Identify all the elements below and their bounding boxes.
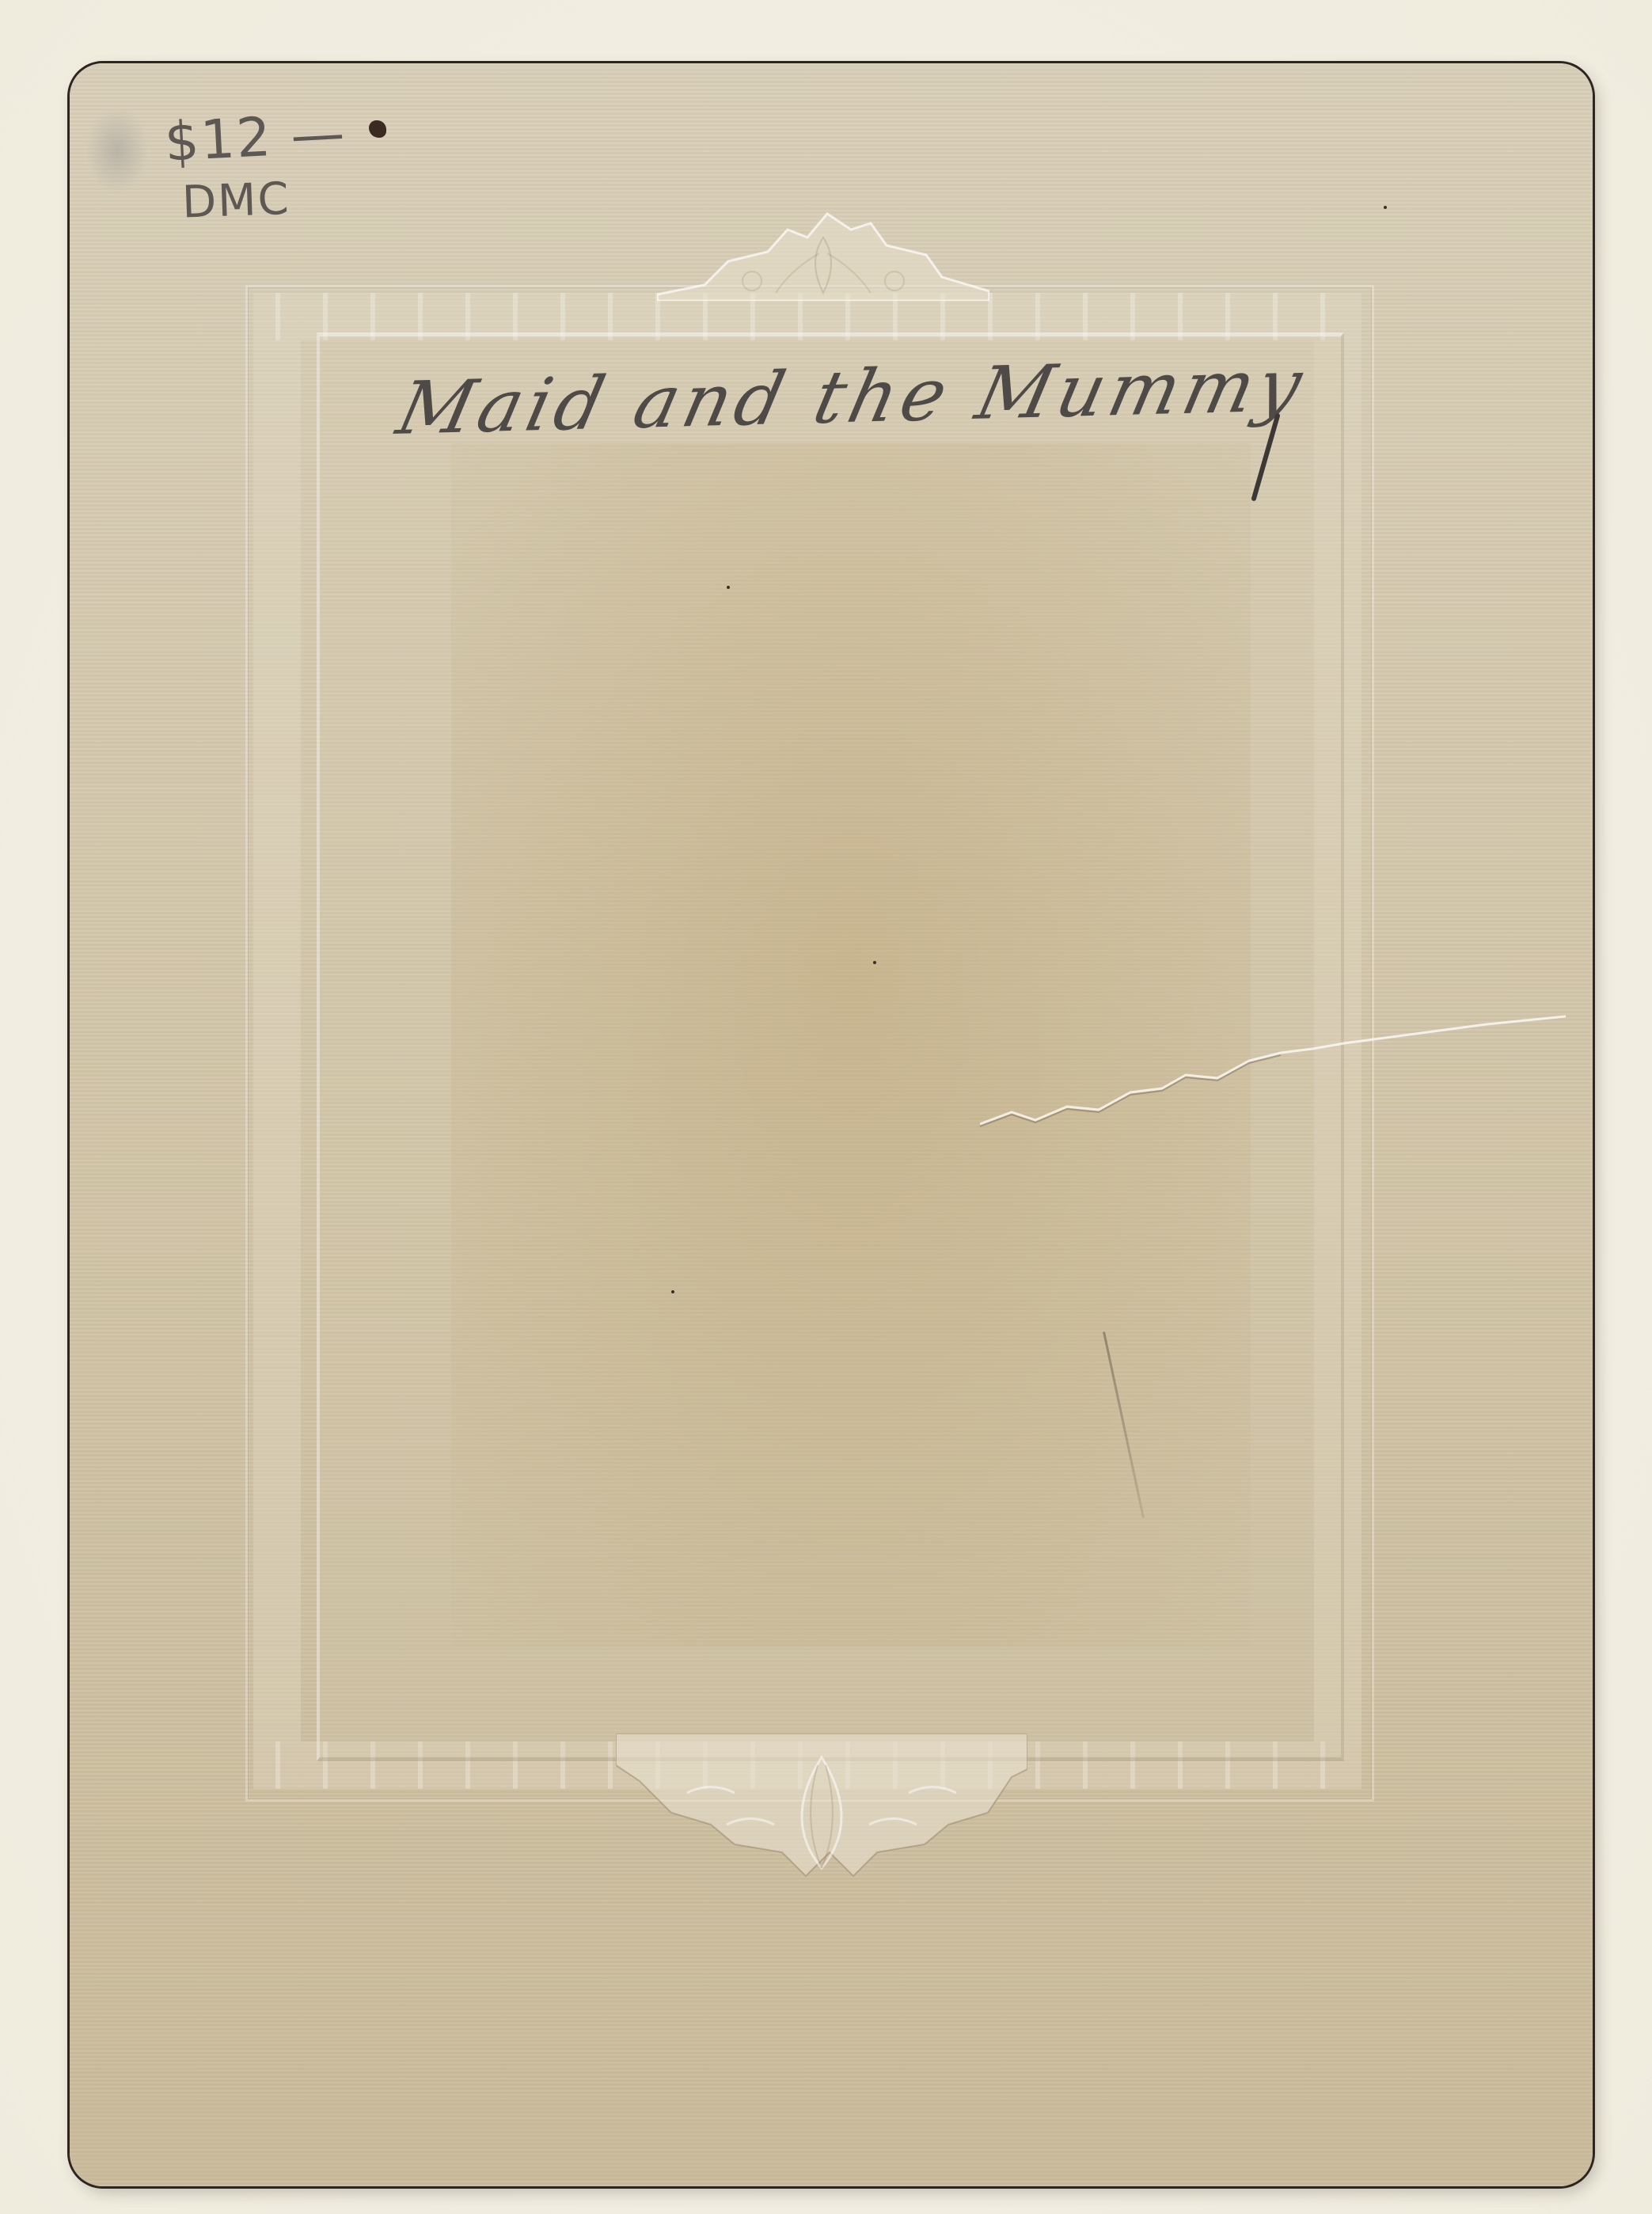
- ink-spot: [369, 120, 386, 138]
- bottom-ornament-icon: [616, 1734, 1027, 1892]
- initials-note: DMC: [181, 171, 347, 228]
- speck: [727, 586, 730, 589]
- cabinet-card: $12 — DMC Maid and the Mummy: [70, 63, 1593, 2186]
- crease-damage: [980, 1013, 1566, 1140]
- pencil-annotation: $12 — DMC: [165, 107, 346, 226]
- top-ornament-icon: [657, 206, 989, 301]
- corner-smudge: [85, 107, 149, 194]
- speck: [873, 961, 876, 964]
- speck: [1384, 206, 1387, 209]
- speck: [671, 1290, 674, 1293]
- price-note: $12 —: [163, 102, 347, 174]
